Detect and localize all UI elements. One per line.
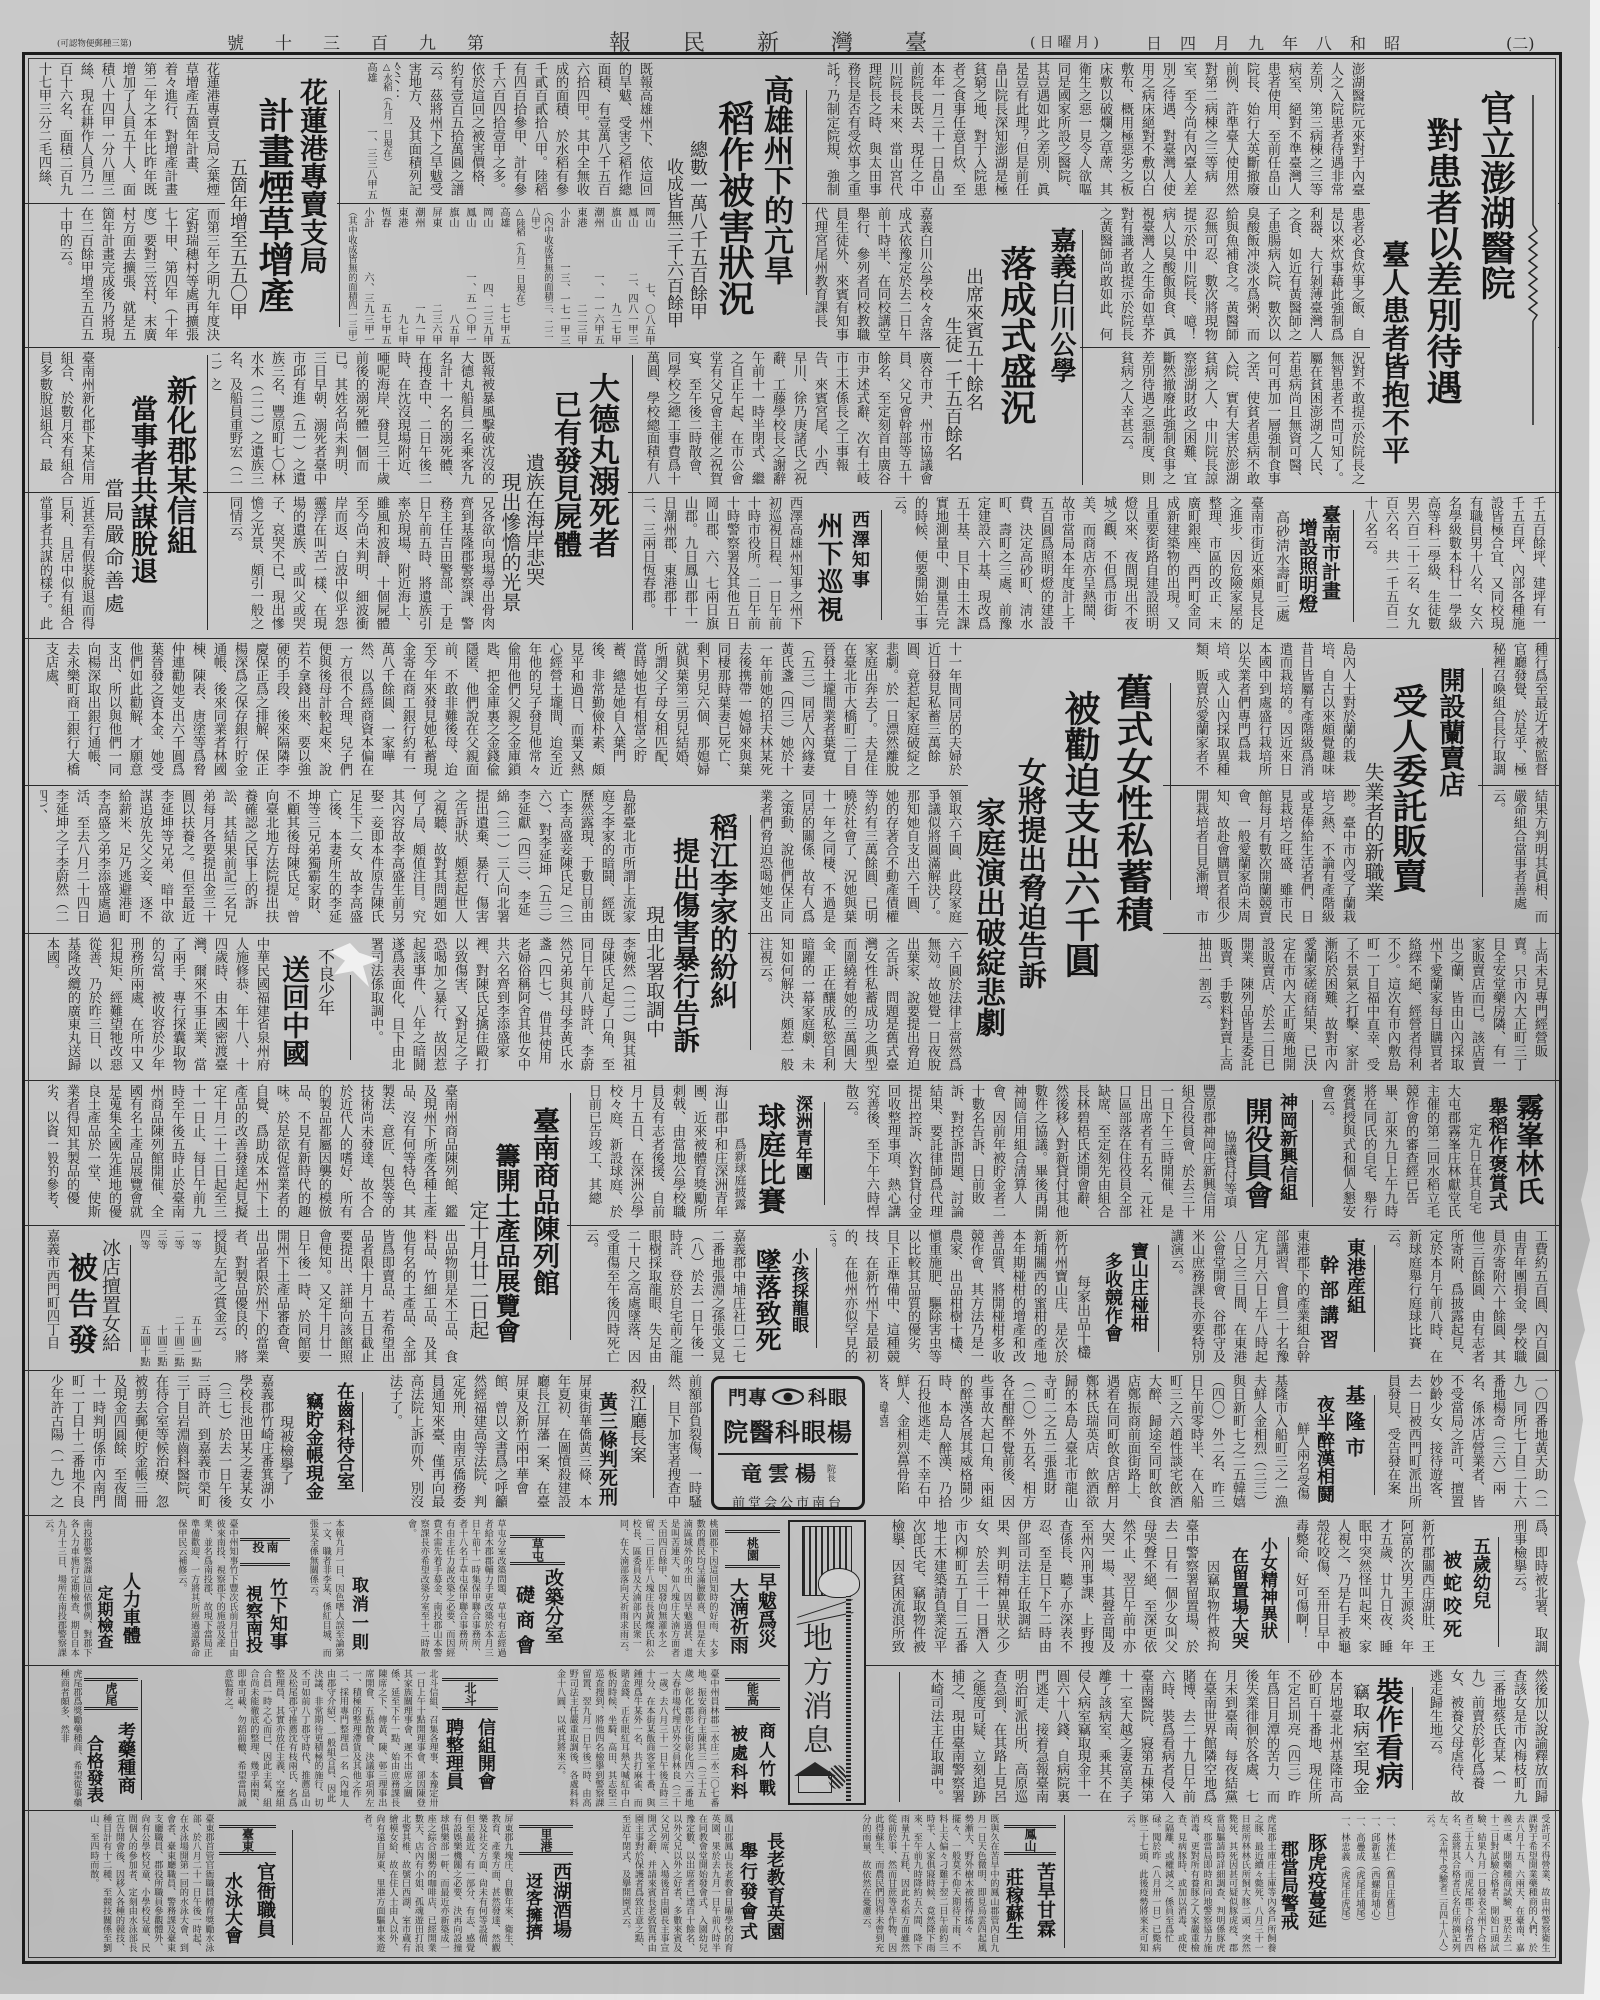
column-rule bbox=[1082, 230, 1083, 485]
area: 二二三甲 bbox=[573, 303, 588, 345]
pole-icon bbox=[846, 1596, 851, 1801]
headline: 深洲青年團 bbox=[793, 1095, 810, 1180]
place-tag: 南投 bbox=[240, 1538, 290, 1566]
headline: 受人委託販賣 bbox=[1390, 683, 1425, 893]
subheadline: 生徒一千五百餘名 bbox=[943, 317, 961, 461]
column-rule bbox=[570, 1093, 571, 1340]
article-body: 爲、即時被北署、取調刑事檢擧云。 bbox=[1502, 1519, 1550, 1657]
prize-row: 四等五圓十點 bbox=[136, 1229, 151, 1367]
subtotal-value: 六、三九三甲一 bbox=[360, 272, 375, 345]
headline: 墜落致死 bbox=[753, 1248, 779, 1352]
article-body: 澎湖醫院元來對于內臺人之入院患者待遇非常差別、第三病棟之三等病室、絕對不準臺灣人… bbox=[810, 62, 1367, 200]
region: 高雄 bbox=[363, 62, 378, 83]
director-title: 院長 bbox=[825, 1464, 835, 1482]
article-body: 中華民國福建省泉州府人施修恭、年十八、十四歲時、由本國密渡臺灣、爾來不事正業、當… bbox=[40, 937, 272, 1075]
article-body: 新竹郡關西庄湖肚、王阿富的次男王源炎、年才五歲、廿九日夜、睡眠中突然怪叫起來、家… bbox=[1294, 1519, 1437, 1657]
table-row: 鳳山一、五一〇甲一 bbox=[462, 207, 477, 345]
column-rule bbox=[141, 1680, 142, 1800]
headline: 舊式女性私蓄積 bbox=[1113, 673, 1150, 932]
headline: 舉行發會式 bbox=[738, 1842, 756, 1942]
headline: 新化郡某信組 bbox=[163, 375, 193, 555]
headline: 視察南投 bbox=[243, 1585, 260, 1653]
article-body: 結果方判明其眞相、而嚴命組合當事者善處云。 bbox=[1490, 789, 1550, 927]
column-rule bbox=[1412, 1687, 1413, 1790]
headline: 竊貯金帳現金 bbox=[304, 1392, 322, 1500]
headline: 在齒科待合室 bbox=[335, 1382, 353, 1490]
subheadline: 現由北署取調中 bbox=[644, 905, 663, 1038]
article-body: 出品物則是木工品、食料品、竹細工品、及其他有名的土產品、全部皆爲即賣品、若希望出… bbox=[208, 1229, 460, 1367]
headline: 聘整理員 bbox=[444, 1718, 462, 1790]
table-row: 東港九七甲 bbox=[394, 207, 409, 345]
column-rule bbox=[362, 1392, 363, 1492]
region: 岡山 bbox=[479, 207, 494, 228]
subheadline: 收成皆無三千六百餘甲 bbox=[664, 158, 681, 328]
region: 潮州 bbox=[411, 207, 426, 228]
headline: 西澤知事 bbox=[850, 510, 868, 590]
article-body: 屏東街華僑黃三條、本年夏初、在圖憤殺建設廳長江屏藩一案、在臺屏東及新竹兩中華會館… bbox=[372, 1374, 594, 1512]
place-tag: 臺東 bbox=[219, 1825, 276, 1855]
headline: 稻江李家的紛糾 bbox=[708, 813, 736, 1009]
article-body: 虎尾郡土庫庄土庫等內各戶所飼養之豚、最近續々斃死、八月三十一日經所林林氏所飼大豚… bbox=[1068, 1814, 1276, 1958]
article-body: 千五百餘坪、建坪有一千五百坪、內部各種施設皆極合宜、又同校現有職員男十八名、女六… bbox=[1360, 496, 1548, 634]
article-body: 領取六千圓、此段家庭爭議似將圓滿解決了。那知她自支出六千圓、她的存著合不動產債權… bbox=[752, 789, 964, 927]
article-body: 海山郡中和庄深洲青年團、近來被體育獎勵所刺戟、由當地公學校職員及有志者後援、自前… bbox=[574, 1084, 730, 1222]
prize-rank: 三等 bbox=[153, 1229, 168, 1250]
headline-block: 官立澎湖醫院 對患者以差別待遇 臺人患者皆抱不平 bbox=[1370, 60, 1558, 490]
region: 屏東 bbox=[428, 207, 443, 228]
column-rule bbox=[881, 510, 882, 620]
newspaper-title: 臺灣新民報 bbox=[609, 33, 979, 55]
headline: 當事者共謀脫退 bbox=[128, 395, 155, 584]
subheadline: 現出慘憺的光景 bbox=[500, 472, 520, 612]
headline-block: 里港 西湖酒場 迓客擁擠 bbox=[517, 1817, 575, 1957]
headline-block: 殺江廳長案 黃三條判死刑 bbox=[596, 1376, 648, 1509]
headline-block: 豚虎疫蔓延 郡當局警戒 bbox=[1277, 1817, 1329, 1957]
headline: 舉稻作褒賞式 bbox=[1487, 1097, 1506, 1211]
column-rule bbox=[899, 1672, 900, 1802]
article-body: 種行爲至最近才被監督官廳發覺、於是乎、極秘裡召喚組合長行取調 bbox=[1490, 642, 1550, 780]
article-body: 鳳山郡鳳山長老教會日曜學校的育英園、果於去九月一日午前八時半在同教會堂開始發會式… bbox=[581, 1814, 733, 1958]
place-tag: 能高 bbox=[725, 1678, 780, 1710]
headline: 裝作看病 bbox=[1374, 1677, 1402, 1789]
subheadline: 定九日在其自宅 bbox=[1467, 1123, 1480, 1214]
headline-block: 能高 商人竹戰 被處科料 bbox=[722, 1672, 784, 1807]
column-rule bbox=[1353, 510, 1354, 622]
headline-block: 人力車體 定期檢查 bbox=[94, 1522, 142, 1662]
clinic-name: 楊眼科醫院 bbox=[723, 1413, 853, 1449]
ad-name-row: 楊眼科醫院 bbox=[723, 1413, 853, 1449]
region: 高雄 bbox=[496, 207, 511, 228]
article-body: 本居地臺北州基隆市高砂町百十番地、現住所不定呂圳亮（四三）昨年爲日月潭的苦力、而… bbox=[905, 1669, 1345, 1807]
tier-divider bbox=[22, 1225, 1562, 1226]
area: 七七甲五 bbox=[496, 303, 511, 345]
article-body: 新竹州寶山庄、是次於新埔關西的蜜柑的產地本年期椪柑的增產和改善品質、將開椪柑多收… bbox=[830, 1229, 1070, 1367]
place-label: 能高 bbox=[746, 1682, 760, 1706]
tier-divider bbox=[22, 1515, 1562, 1516]
place-label: 南投 bbox=[251, 1541, 279, 1563]
headline-block: 鳳山 苦旱甘霖 莊稼蘇生 bbox=[1002, 1817, 1058, 1957]
table-row: 高雄七七甲五 bbox=[496, 207, 511, 345]
headline: 礎商會 bbox=[514, 1585, 533, 1660]
headline-block: 花蓮港專賣支局 計畫煙草增產 五箇年增至五五〇甲 bbox=[225, 62, 337, 338]
place-label: 桃園 bbox=[746, 1537, 760, 1561]
area: 二、四八一甲三 bbox=[624, 272, 639, 345]
prize-amount: 五圓十點 bbox=[136, 1325, 151, 1367]
tree-icon bbox=[828, 1765, 846, 1789]
article-body: 桃園郡下因這回知時的好雨、大多數的農民均呈滿臉歡喜、但是在大湳區域外的水田、因旱… bbox=[556, 1519, 718, 1657]
headline: 在留置場大哭 bbox=[1229, 1547, 1246, 1649]
column-rule bbox=[292, 1830, 293, 1945]
headline-block: 開設蘭賣店 受人委託販賣 失業者的新職業 bbox=[1360, 650, 1478, 922]
area: 九二七甲 bbox=[607, 303, 622, 345]
headline: 竹下知事 bbox=[268, 1578, 286, 1650]
headline-block: 五歲幼兒 被蛇咬死 bbox=[1440, 1522, 1492, 1658]
region: 旗山 bbox=[607, 207, 622, 228]
passed-name: 一、林流仁（舊日庄舊日） bbox=[1383, 1814, 1396, 1958]
article-body: 臺南州商品陳列館、鑑及現州下所產各種土產品、沒有何等特色、其製法、意匠、包裝等的… bbox=[48, 1084, 460, 1222]
article-body: 既報高雄州下、依這回的旱魃、受害之稻作總面積、有壹萬八千五百六拾四甲。其中全無收… bbox=[395, 62, 655, 200]
headline-block: 寶山庄椪柑 多收競作會 每家出品十欉 bbox=[1075, 1232, 1150, 1365]
headline: 被處科料 bbox=[728, 1725, 745, 1801]
article-body: 一〇四番地黃天助（二九）同所七丁目二十六番地楊奇（三六）兩名、係冰店營業者、皆不… bbox=[1380, 1374, 1550, 1512]
headline-block: 基隆市 夜半醉漢相鬪 鮮人兩名受傷 bbox=[1293, 1377, 1365, 1510]
article-body: 基隆市入船町三之一漁夫鮮人金相烈（三三）與日新町七之二五韓嬉（四〇）外二名、昨三… bbox=[880, 1374, 1290, 1512]
headline-block: 小孩採龍眼 墜落致死 bbox=[751, 1232, 813, 1365]
director-name: 楊雲竜 bbox=[741, 1458, 822, 1488]
headline: 人力車體 bbox=[121, 1572, 139, 1644]
headline: 開設蘭賣店 bbox=[1437, 667, 1463, 797]
postal-note: (第三種郵便物認可) bbox=[57, 40, 132, 49]
region: 鳳山 bbox=[462, 207, 477, 228]
passed-list: 一、林流仁（舊日庄舊日） 一、邱新基（西螺街埔心） 一、高疊成（虎尾庄埔尾） 一… bbox=[1330, 1814, 1396, 1958]
column-rule bbox=[806, 90, 807, 295]
article-body: 臺中州知事竹下豐次氏前月廿日由彼來南投、視察郡下的施設及產業、並名爲南投郡、故現… bbox=[146, 1519, 238, 1657]
headline: 計畫煙草增產 bbox=[256, 97, 292, 313]
article-body: 嘉義郡竹崎庄番箕湖小學校長池田某之妻某女（三七）於去一日午後三時許、到嘉義市榮町… bbox=[44, 1374, 276, 1512]
prize-rank: 二等 bbox=[170, 1229, 185, 1250]
headline: 大湳祈雨 bbox=[728, 1578, 747, 1654]
kicker: 殺江廳長案 bbox=[627, 1378, 644, 1463]
subheadline: 現被檢擧了 bbox=[279, 1415, 293, 1485]
headline-block: 草屯 改築分室 礎商會 bbox=[508, 1522, 568, 1662]
column-rule bbox=[824, 1102, 825, 1205]
prize-row: 一等五十圓一點 bbox=[187, 1229, 202, 1367]
subtotal-label: 小計 bbox=[360, 207, 375, 228]
house-icon bbox=[798, 1775, 832, 1793]
headline: 球庭比賽 bbox=[756, 1102, 784, 1214]
headline: 嘉義白川公學 bbox=[1048, 227, 1074, 383]
headline-block: 小女精神異狀 在留置場大哭 因竊取物件被拘 bbox=[1204, 1522, 1284, 1658]
headline-block: 霧峯林氏 舉稻作褒賞式 定九日在其自宅 bbox=[1465, 1086, 1545, 1219]
place-label: 鳳山 bbox=[1023, 1828, 1037, 1852]
article-body: 臺中警察署留置場、於去一日有一個少女叫父母哭聲不絕、至深更依然不止、翌日午前中亦… bbox=[883, 1519, 1201, 1657]
place-label: 草屯 bbox=[531, 1538, 545, 1562]
headline: 稻作被害狀況 bbox=[716, 100, 752, 316]
table-row: 潮州一九一甲 bbox=[411, 207, 426, 345]
page-number: (二) bbox=[1506, 36, 1535, 52]
clinic-address: 台南市公会堂前 bbox=[732, 1492, 844, 1511]
article-body: 屏東郡九塊庄、自數年來、衛生、教育、產業方面、甚然發達、然觀樂及社交方面、尙未有… bbox=[298, 1814, 513, 1958]
table-row: 鳳山二、四八一甲三 bbox=[624, 207, 639, 345]
area: 二三六甲 bbox=[428, 303, 443, 345]
article-body: 南投郡警察課這回依慣例、對郡下各人力車施行定期檢查、期日自本九月十三日、場所在南… bbox=[44, 1519, 92, 1657]
tier-divider bbox=[22, 785, 1562, 786]
region: 東港 bbox=[573, 207, 588, 228]
column-rule bbox=[350, 975, 351, 1060]
drought-table: △水稻（九月一日現在） 高雄一、三三八甲五 bbox=[345, 62, 393, 200]
headline: 定期檢查 bbox=[96, 1585, 112, 1649]
headline-block: 高雄州下的亢旱 稻作被害狀況 總數一萬八千五百餘甲 收成皆無三千六百餘甲 bbox=[660, 62, 802, 338]
area: 一九一甲 bbox=[411, 303, 426, 345]
ad-address-row: 台南市公会堂前 bbox=[732, 1492, 844, 1511]
headline-block: 在齒科待合室 竊貯金帳現金 現被檢擧了 bbox=[278, 1376, 356, 1509]
prize-row: 二等二十圓二點 bbox=[170, 1229, 185, 1367]
headline-block: 西澤知事 州下巡視 bbox=[808, 500, 878, 632]
article-body: 臺東郡首管官衙職員體育獎勵水泳部、於八月二十一日午後一時起、在水泳場開第一回的水… bbox=[44, 1814, 214, 1958]
table-row: 旗山八五甲 bbox=[445, 207, 460, 345]
prize-amount: 二十圓二點 bbox=[170, 1315, 185, 1367]
headline: 小孩採龍眼 bbox=[789, 1248, 806, 1333]
headline: 小女精神異狀 bbox=[1258, 1537, 1275, 1639]
eye-clinic-ad: 眼科 專門 楊眼科醫院 院長 楊雲竜 台南市公会堂前 bbox=[711, 1376, 865, 1510]
prize-rank: 四等 bbox=[136, 1229, 151, 1250]
headline-block: 大德丸溺死者 已有發見屍體 遺族在海岸悲哭 現出慘憺的光景 bbox=[498, 355, 628, 627]
headline: 落成式盛況 bbox=[998, 245, 1034, 425]
ad-specialty: 眼科 專門 bbox=[728, 1383, 848, 1410]
article-body: 豐原郡神岡庄新興信用組合役員會、於去三十一日下午三時開催、是日出席者有五名、元社… bbox=[830, 1084, 1218, 1222]
subheadline: 遺族在海岸悲哭 bbox=[524, 453, 543, 586]
table-subtotal: 小計六、三九三甲一 bbox=[360, 207, 375, 345]
article-body: 草屯分室改築問題、草屯有志經過者給木郡郡輔力手更改築於本月三日午前十一時集保甲聯… bbox=[378, 1519, 506, 1657]
article-body: 臺中州員林郡二水庄二水二〇七番地、振安商行主陳其三（三十五歲）彰化郡彰化街彰化四… bbox=[497, 1669, 719, 1807]
article-body: 嘉義市西門町四丁目 bbox=[38, 1229, 62, 1367]
area: 五七甲五 bbox=[377, 303, 392, 345]
subheadline: 高砂淸水壽町三處 bbox=[1275, 510, 1289, 622]
subheadline: 家庭演出破綻悲劇 bbox=[972, 797, 1002, 1037]
place-label: 臺東 bbox=[241, 1828, 255, 1852]
place-tag: 北斗 bbox=[442, 1678, 498, 1710]
column-rule bbox=[1498, 1537, 1499, 1647]
article-body: 臺南市街近來頗見長足之進步、因危險家屋的整理、市區的改正、末廣町銀座、西門町金同… bbox=[884, 496, 1266, 634]
headline: 州下巡視 bbox=[815, 512, 841, 624]
table-label: △水稻（九月一日現在） bbox=[380, 62, 393, 200]
table-note: （內中收成皆無的面積三、二二八甲） bbox=[528, 207, 554, 345]
subheadline: 因竊取物件被拘 bbox=[1205, 1560, 1218, 1651]
ad-divider bbox=[718, 1453, 858, 1455]
headline: 幹部講習 bbox=[1318, 1255, 1337, 1355]
headline: 信組開會 bbox=[476, 1718, 494, 1790]
emblem-label: 地方消息 bbox=[799, 1622, 829, 1758]
article-body: 既與久在苦旱中的鳳山郡管內自九月一日天色微明、即見烏雲四起風勢漸大、野外樹木被搖… bbox=[794, 1814, 999, 1958]
table-row: 高雄一、三三八甲五 bbox=[363, 62, 378, 200]
column-rule bbox=[1374, 1245, 1375, 1352]
column-rule bbox=[1288, 1537, 1289, 1643]
column-rule bbox=[1374, 1395, 1375, 1495]
region: 旗山 bbox=[445, 207, 460, 228]
article-body: 況對不敢提示於院長之無智患者不問可知了。屬在貧困澎湖之人民、若患病尚且無資可醫、… bbox=[1085, 351, 1367, 489]
table-row: 屏東二三六甲 bbox=[428, 207, 443, 345]
headline-block: 東港産組 幹部講習 bbox=[1316, 1232, 1366, 1365]
column-rule bbox=[653, 1385, 654, 1498]
headline: 臺南商品陳列館 bbox=[530, 1107, 557, 1296]
column-rule bbox=[1312, 1100, 1313, 1207]
subheadline: 失業者的新職業 bbox=[1363, 762, 1383, 902]
region: 東港 bbox=[394, 207, 409, 228]
article-body: 嘉義郡中埔庄社口二七二番地張淵之孫張文晃（八）於去一日午後一時許、登於自宅前之龍… bbox=[576, 1229, 748, 1367]
headline-block: 取消一則 bbox=[346, 1522, 370, 1662]
headline: 五歲幼兒 bbox=[1471, 1537, 1489, 1609]
drought-table: 岡山七、〇八五甲 鳳山二、四八一甲三 旗山九二七甲 潮州一、一一六甲五 東港二二… bbox=[346, 207, 656, 345]
column-rule bbox=[1158, 1245, 1159, 1352]
headline: 水泳大會 bbox=[223, 1872, 241, 1944]
tier-divider bbox=[22, 492, 1562, 493]
place-tag: 虎尾 bbox=[84, 1678, 138, 1710]
place-tag: 草屯 bbox=[510, 1535, 565, 1565]
headline: 開役員會 bbox=[1243, 1097, 1271, 1209]
region: 鳳山 bbox=[624, 207, 639, 228]
weekday: (月曜日) bbox=[1030, 36, 1103, 50]
column-rule bbox=[632, 355, 633, 630]
article-body: 本報九月一日、因色嗜人誤至論第一文、職者非李某、係紅目城、而張某全係無關係云。 bbox=[292, 1519, 344, 1657]
headline: 官立澎湖醫院 bbox=[1478, 90, 1513, 300]
tier-divider bbox=[22, 1080, 1562, 1081]
area: 九七甲 bbox=[394, 314, 409, 345]
issue-number: 第九百三十號 bbox=[227, 36, 515, 53]
ad-specialty-right: 專門 bbox=[728, 1383, 768, 1410]
area: 一、一一六甲五 bbox=[590, 272, 605, 345]
column-rule bbox=[339, 90, 340, 327]
headline: 官衙職員 bbox=[255, 1862, 274, 1938]
headline-block: 冰店擅置女給 被告發 bbox=[62, 1232, 124, 1365]
place-tag: 鳳山 bbox=[1004, 1825, 1056, 1855]
headline: 大德丸溺死者 bbox=[585, 372, 616, 558]
headline: 對患者以差別待遇 bbox=[1424, 117, 1460, 405]
column-rule bbox=[1482, 668, 1483, 897]
article-body: 然後加以說諭釋放而歸查該女是市內梅枝町九三番地蔡氏查某（一九）前賣於彰化爲養女、… bbox=[1418, 1669, 1550, 1807]
headline: 商人竹戰 bbox=[756, 1722, 773, 1798]
headline: 苦旱甘霖 bbox=[1035, 1862, 1054, 1938]
article-body: 西澤高雄州知事之州下初巡視日程、一日午前十時市役所。二日午前十時警察署及其他五日… bbox=[640, 496, 805, 634]
headline: 莊稼蘇生 bbox=[1004, 1868, 1022, 1940]
subheadline: 不良少年 bbox=[315, 948, 332, 1016]
headline-block: 神岡新興信組 開役員會 協議貸付等項 bbox=[1220, 1086, 1310, 1219]
headline: 增設照明燈 bbox=[1297, 518, 1316, 613]
table-row: 岡山七、〇八五甲 bbox=[641, 207, 656, 345]
article-body: 尠。臺中市內受了蘭栽培之熱、不論有產階級或是俸給生活者們、日見栽培之旺盛、雖市民… bbox=[1176, 789, 1358, 927]
table-row: 東港二二三甲 bbox=[573, 207, 588, 345]
headline: 已有發見屍體 bbox=[552, 390, 580, 558]
headline-block: 北斗 信組開會 聘整理員 bbox=[440, 1672, 500, 1807]
article-body: 既報被暴風擊破沈沒的大德丸船員二名乘客九名計十一名的溺死體、在搜查中、二日午後二… bbox=[212, 351, 497, 489]
headline: 黃三條判死刑 bbox=[597, 1392, 616, 1506]
headline-block: 不良少年 送回中國 bbox=[275, 940, 347, 1076]
column-rule bbox=[1064, 1815, 1065, 1948]
prize-rank: 一等 bbox=[187, 1229, 202, 1250]
passed-name: 一、高疊成（虎尾庄埔尾） bbox=[1353, 1814, 1366, 1958]
article-body: 北斗信組、召集各理事、本豫定卅一日上午十點開理事會、卻因陳登其家族關理事會、遲不… bbox=[146, 1669, 438, 1807]
headline: 花蓮港專賣支局 bbox=[298, 78, 326, 274]
article-body: 前額部負裂傷、一時騷然、目下加害者搜查中 bbox=[660, 1374, 704, 1512]
subheadline: 出席來賓五十餘名 bbox=[964, 267, 982, 411]
article-body: 工費約五百圓、內百圓由青年團捐金、學校職員亦寄附六十餘圓、其他三百餘圓、由有志者… bbox=[1382, 1229, 1550, 1367]
region: 潮州 bbox=[590, 207, 605, 228]
article-body: 嘉義白川公學校々舍落成式依豫定於去二日午前十時半、在同校講堂舉行、參列者同校教職… bbox=[810, 207, 935, 345]
prize-amount: 五十圓一點 bbox=[187, 1315, 202, 1367]
rope-line bbox=[797, 1599, 852, 1618]
headline-block: 嘉義白川公學 落成式盛況 出席來賓五十餘名 生徒一千五百餘名 bbox=[940, 205, 1080, 490]
subheadline: 爲新球庭披露 bbox=[734, 1138, 746, 1210]
article-body: 十一年間同居的夫婦於近日發見私蓄三萬餘圓、竟惹起家庭破綻之悲劇。於一日漂然離脫家… bbox=[40, 642, 964, 780]
article-body: 近甚至有假裝脫退而得巨利、且居中似有組合當事者共謀的樣子。此 bbox=[35, 496, 97, 634]
article-body: 大屯郡霧峯庄林獻堂氏主催的第二回水稻立毛競作會的審查經已告畢、訂來九日上午九時將… bbox=[1318, 1084, 1463, 1222]
headline: 臺南市計畫 bbox=[1320, 505, 1339, 600]
article-body: 臺南州新化郡下某信用組合、於數月來有組合員多數脫退組合、最 bbox=[35, 351, 97, 489]
column-rule bbox=[130, 1245, 131, 1352]
article-body: 島都臺北市所謂上流家庭之李家的暗鬪、經既歷然露現、于數日前由亡李高盛妾陳氏足（三… bbox=[40, 789, 638, 927]
ad-specialty-left: 眼科 bbox=[808, 1383, 848, 1410]
headline: 送回中國 bbox=[280, 955, 308, 1067]
area: 一、五一〇甲一 bbox=[462, 272, 477, 345]
table-subtotal: 小計一三、一七一甲三 bbox=[556, 207, 571, 345]
headline: 多收競作會 bbox=[1103, 1252, 1121, 1342]
table-row: 恆春五七甲五 bbox=[377, 207, 392, 345]
column-rule bbox=[207, 355, 208, 630]
headline: 被告發 bbox=[64, 1252, 94, 1360]
subheadline: 女將提出脅迫告訴 bbox=[1016, 757, 1045, 989]
headline: 合格發表 bbox=[84, 1735, 101, 1803]
headline: 基隆市 bbox=[1344, 1385, 1364, 1463]
place-label: 北斗 bbox=[463, 1682, 477, 1706]
subtotal-label: 小計 bbox=[556, 207, 571, 228]
headline: 早魃爲災 bbox=[756, 1572, 775, 1648]
headline: 寶山庄椪柑 bbox=[1129, 1242, 1147, 1332]
region: 恆春 bbox=[377, 207, 392, 228]
subheadline: 臺人患者皆抱不平 bbox=[1380, 240, 1408, 464]
subheadline: 總數一萬八千五百餘甲 bbox=[688, 140, 706, 320]
tier-divider bbox=[22, 933, 1562, 934]
headline-block: 虎尾 考藥種商 合格發表 bbox=[82, 1672, 140, 1807]
headline-block: 稻江李家的紛糾 提出傷害暴行告訴 現由北署取調中 bbox=[640, 800, 748, 1062]
table-row: 旗山九二七甲 bbox=[607, 207, 622, 345]
headline-block: 長老教育英園 舉行發會式 bbox=[736, 1817, 786, 1957]
headline: 提出傷害暴行告訴 bbox=[670, 837, 697, 1053]
headline-block: 舊式女性私蓄積 被勸迫支出六千圓 女將提出脅迫告訴 家庭演出破綻悲劇 bbox=[968, 652, 1163, 1080]
issue-date: 昭和八年九月四日 bbox=[1146, 36, 1418, 52]
headline-block: 臺東 官衙職員 水泳大會 bbox=[217, 1817, 279, 1957]
eye-icon bbox=[771, 1388, 805, 1406]
headline-block: 新化郡某信組 當事者共謀脫退 當局嚴命善處 bbox=[100, 365, 203, 625]
headline: 夜半醉漢相鬪 bbox=[1315, 1395, 1333, 1503]
subheadline: 五箇年增至五五〇甲 bbox=[228, 158, 246, 320]
prize-list: 一等五十圓一點 二等二十圓二點 三等十圓三點 四等五圓十點 bbox=[136, 1229, 202, 1367]
headline: 改築分室 bbox=[543, 1568, 562, 1644]
area: 一、三三八甲五 bbox=[363, 127, 378, 200]
headline: 豚虎疫蔓延 bbox=[1306, 1833, 1325, 1928]
tier-divider bbox=[22, 638, 1562, 639]
article-body: 兄各欲向現場尋出骨肉齊到基隆郡警察課、警務主任吉田警部、于是日午前五時、將遺族引… bbox=[212, 496, 497, 634]
headline: 東港産組 bbox=[1345, 1238, 1364, 1314]
column-rule bbox=[816, 1248, 817, 1348]
headline: 迓客擁擠 bbox=[523, 1872, 540, 1940]
prize-amount: 十圓三點 bbox=[153, 1325, 168, 1367]
cloud-icon bbox=[818, 1568, 860, 1598]
headline: 西湖酒場 bbox=[551, 1862, 570, 1938]
article-body: 東港郡下的產業組合幹部講習、會員二十名豫定九月六日上午八時起八日之三日間、在東港… bbox=[1164, 1229, 1312, 1367]
passed-name: 一、林忠義（虎尾庄虎尾） bbox=[1338, 1814, 1351, 1958]
headline: 高雄州下的亢旱 bbox=[760, 75, 790, 285]
subheadline: 當局嚴命善處 bbox=[103, 478, 123, 616]
area: 四、二三九甲 bbox=[479, 283, 494, 345]
